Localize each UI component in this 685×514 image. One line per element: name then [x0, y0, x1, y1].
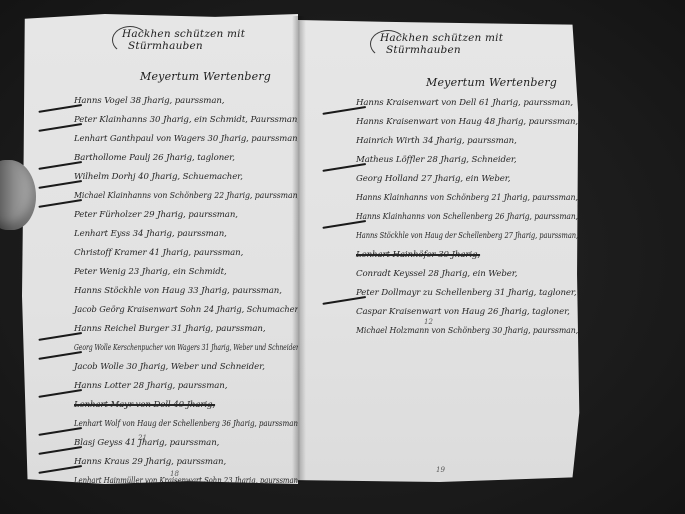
register-entry: Wilhelm Dorhj 40 Jharig, Schuemacher, [74, 168, 300, 187]
register-entry: Caspar Kraisenwart von Haug 26 Jharig, t… [356, 303, 578, 322]
entry-text: Hanns Klainhanns von Schönberg 21 Jharig… [356, 189, 578, 208]
register-entry: Hanns Stöckhle von Haug 33 Jharig, paurs… [74, 282, 300, 301]
register-entry: Hanns Klainhanns von Schönberg 21 Jharig… [356, 189, 578, 208]
register-entry: Hainrich Wirth 34 Jharig, paurssman, [356, 132, 578, 151]
entry-text: Hanns Kraus 29 Jharig, paurssman, [74, 457, 226, 467]
entry-text: Hanns Lotter 28 Jharig, paurssman, [74, 381, 227, 391]
register-entry: Jacob Wolle 30 Jharig, Weber und Schneid… [74, 358, 300, 377]
register-entry: Hanns Reichel Burger 31 Jharig, paurssma… [74, 320, 300, 339]
entry-text: Hanns Stöckhle von Haug 33 Jharig, paurs… [74, 286, 282, 296]
entry-text: Hainrich Wirth 34 Jharig, paurssman, [356, 136, 517, 146]
register-entry: Peter Wenig 23 Jharig, ein Schmidt, [74, 263, 300, 282]
right-entry-list: Hanns Kraisenwart von Dell 61 Jharig, pa… [356, 94, 578, 341]
left-heading-line2: Stürmhauben [122, 40, 282, 52]
entry-text: Lenhart Eyss 34 Jharig, paurssman, [74, 229, 227, 239]
register-entry: Georg Wolle Kerschenpucher von Wagers 31… [74, 339, 300, 358]
entry-text: Barthollome Paulj 26 Jharig, tagloner, [74, 153, 235, 163]
entry-text: Hanns Reichel Burger 31 Jharig, paurssma… [74, 324, 265, 334]
register-entry: Peter Klainhanns 30 Jharig, ein Schmidt,… [74, 111, 300, 130]
entry-text: Lenhart Mayr von Dell 40 Jharig, [74, 400, 215, 410]
entry-text: Hanns Klainhanns von Schellenberg 26 Jha… [356, 208, 578, 227]
entry-text: Peter Dollmayr zu Schellenberg 31 Jharig… [356, 288, 577, 298]
entry-text: Hanns Kraisenwart von Dell 61 Jharig, pa… [356, 98, 573, 108]
right-heading-line2: Stürmhauben [380, 44, 540, 56]
entry-text: Caspar Kraisenwart von Haug 26 Jharig, t… [356, 307, 570, 317]
register-entry: Matheus Löffler 28 Jharig, Schneider, [356, 151, 578, 170]
left-bottom-mark: 18 [170, 470, 179, 478]
left-page-heading: Hackhen schützen mit Stürmhauben [122, 28, 282, 52]
register-entry: Barthollome Paulj 26 Jharig, tagloner, [74, 149, 300, 168]
entry-text: Hanns Vogel 38 Jharig, paurssman, [74, 96, 224, 106]
entry-text: Hanns Kraisenwart von Haug 48 Jharig, pa… [356, 113, 578, 132]
right-page: Hackhen schützen mit Stürmhauben Meyertu… [298, 20, 581, 482]
register-entry: Lenhart Mayr von Dell 40 Jharig, [74, 396, 300, 415]
entry-text: Georg Wolle Kerschenpucher von Wagers 31… [74, 339, 300, 358]
register-entry: Blasj Geyss 41 Jharig, paurssman, [74, 434, 300, 453]
register-entry: Lenhart Ganthpaul von Wagers 30 Jharig, … [74, 130, 300, 149]
register-entry: Hanns Lotter 28 Jharig, paurssman, [74, 377, 300, 396]
register-entry: Lenhart Wolf von Haug der Schellenberg 3… [74, 415, 300, 434]
right-bottom-mark: 19 [436, 466, 445, 474]
register-entry: Michael Klainhanns von Schönberg 22 Jhar… [74, 187, 300, 206]
register-entry: Hanns Kraisenwart von Dell 61 Jharig, pa… [356, 94, 578, 113]
entry-text: Peter Fürholzer 29 Jharig, paurssman, [74, 210, 238, 220]
register-entry: Conradt Keyssel 28 Jharig, ein Weber, [356, 265, 578, 284]
register-entry: Hanns Kraisenwart von Haug 48 Jharig, pa… [356, 113, 578, 132]
register-entry: Georg Holland 27 Jharig, ein Weber, [356, 170, 578, 189]
entry-text: Conradt Keyssel 28 Jharig, ein Weber, [356, 269, 517, 279]
entry-text: Peter Wenig 23 Jharig, ein Schmidt, [74, 267, 227, 277]
book-gutter [292, 16, 306, 482]
register-entry: Peter Fürholzer 29 Jharig, paurssman, [74, 206, 300, 225]
register-entry: Michael Holzmann von Schönberg 30 Jharig… [356, 322, 578, 341]
left-page: Hackhen schützen mit Stürmhauben Meyertu… [22, 14, 298, 484]
entry-text: Christoff Kramer 41 Jharig, paurssman, [74, 248, 243, 258]
entry-text: Matheus Löffler 28 Jharig, Schneider, [356, 155, 517, 165]
register-entry: Lenhart Eyss 34 Jharig, paurssman, [74, 225, 300, 244]
left-heading-line1: Hackhen schützen mit [122, 28, 282, 40]
entry-text: Wilhelm Dorhj 40 Jharig, Schuemacher, [74, 172, 243, 182]
register-entry: Hanns Stöckhle von Haug der Schellenberg… [356, 227, 578, 246]
register-entry: Hanns Kraus 29 Jharig, paurssman, [74, 453, 300, 472]
entry-text: Hanns Stöckhle von Haug der Schellenberg… [356, 227, 578, 246]
entry-text: Lenhart Hainhöfer 30 Jharig, [356, 250, 480, 260]
register-entry: Hanns Vogel 38 Jharig, paurssman, [74, 92, 300, 111]
left-page-subheading: Meyertum Wertenberg [140, 70, 271, 83]
register-entry: Peter Dollmayr zu Schellenberg 31 Jharig… [356, 284, 578, 303]
register-entry: Hanns Klainhanns von Schellenberg 26 Jha… [356, 208, 578, 227]
entry-text: Peter Klainhanns 30 Jharig, ein Schmidt,… [74, 115, 300, 125]
entry-text: Michael Klainhanns von Schönberg 22 Jhar… [74, 187, 300, 206]
entry-text: Jacob Wolle 30 Jharig, Weber und Schneid… [74, 362, 265, 372]
entry-text: Jacob Geörg Kraisenwart Sohn 24 Jharig, … [74, 301, 300, 320]
register-entry: Jacob Geörg Kraisenwart Sohn 24 Jharig, … [74, 301, 300, 320]
right-folio-number: 12 [424, 318, 433, 326]
right-page-subheading: Meyertum Wertenberg [426, 76, 557, 89]
entry-text: Lenhart Wolf von Haug der Schellenberg 3… [74, 415, 300, 434]
register-entry: Lenhart Hainhöfer 30 Jharig, [356, 246, 578, 265]
register-entry: Christoff Kramer 41 Jharig, paurssman, [74, 244, 300, 263]
left-folio-number: 21 [138, 434, 147, 442]
entry-text: Michael Holzmann von Schönberg 30 Jharig… [356, 322, 578, 341]
right-page-heading: Hackhen schützen mit Stürmhauben [380, 32, 540, 56]
entry-text: Georg Holland 27 Jharig, ein Weber, [356, 174, 510, 184]
right-heading-line1: Hackhen schützen mit [380, 32, 540, 44]
entry-text: Lenhart Ganthpaul von Wagers 30 Jharig, … [74, 130, 300, 149]
left-entry-list: Hanns Vogel 38 Jharig, paurssman,Peter K… [74, 92, 300, 510]
